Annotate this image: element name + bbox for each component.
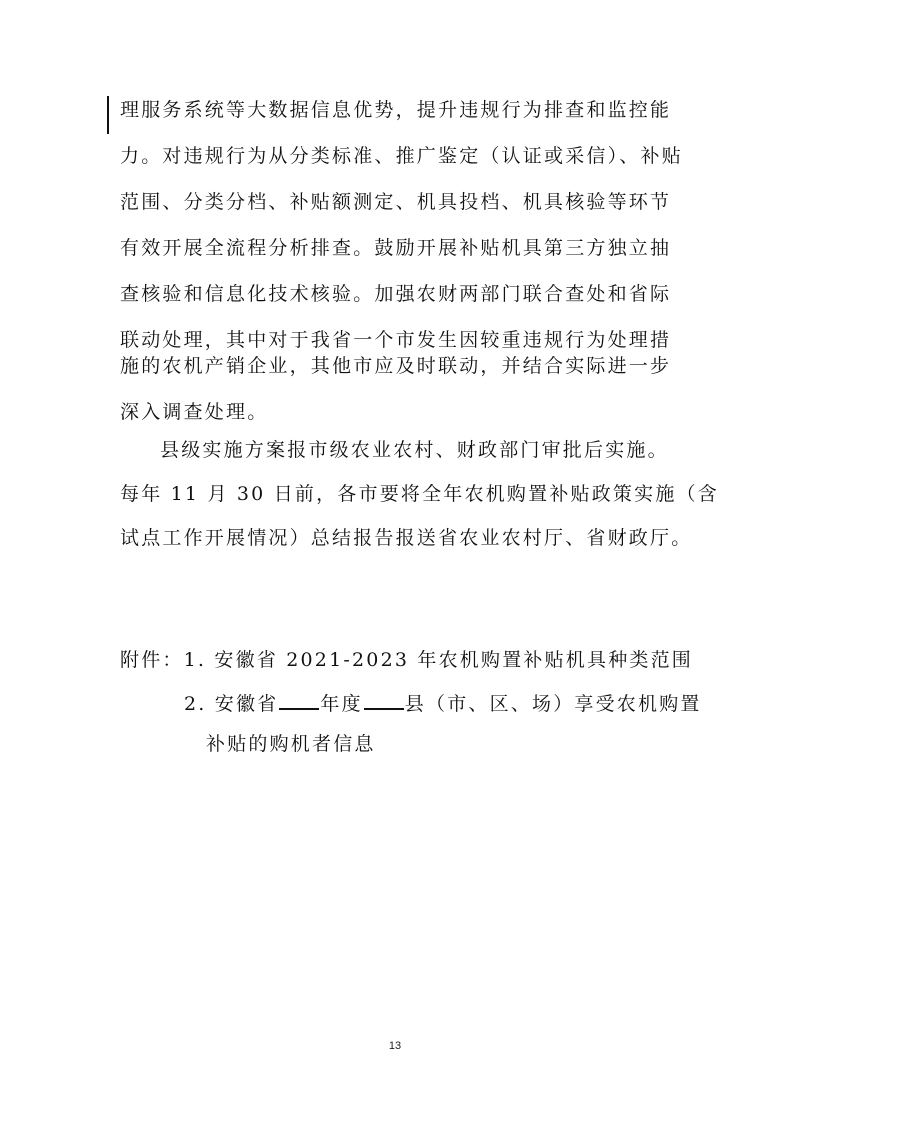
annex-item-1-row: 附件：1. 安徽省 2021-2023 年农机购置补贴机具种类范围: [120, 648, 693, 672]
paragraph-1-line-5: 查核验和信息化技术核验。加强农财两部门联合查处和省际: [120, 282, 671, 306]
annex-item-2-text-part-1: 安徽省: [215, 693, 279, 715]
year-blank-field: [279, 690, 319, 710]
paragraph-1-line-3: 范围、分类分档、补贴额测定、机具投档、机具核验等环节: [120, 190, 671, 214]
annex-item-2-number: 2.: [184, 693, 207, 715]
annex-item-1-number: 1.: [184, 649, 207, 671]
annex-item-2-row: 2. 安徽省年度县（市、区、场）享受农机购置: [184, 690, 702, 716]
annex-item-2-text-part-2: 年度: [320, 693, 362, 715]
paragraph-1-line-7: 施的农机产销企业，其他市应及时联动，并结合实际进一步: [120, 354, 671, 378]
paragraph-1-line-4: 有效开展全流程分析排查。鼓励开展补贴机具第三方独立抽: [120, 236, 671, 260]
paragraph-2-line-3: 试点工作开展情况）总结报告报送省农业农村厅、省财政厅。: [120, 526, 692, 550]
annex-label: 附件：: [120, 649, 184, 671]
paragraph-1-line-1: 理服务系统等大数据信息优势，提升违规行为排查和监控能: [120, 98, 671, 122]
paragraph-2-line-1: 县级实施方案报市级农业农村、财政部门审批后实施。: [160, 438, 669, 462]
annex-item-1-text: 安徽省 2021-2023 年农机购置补贴机具种类范围: [214, 649, 693, 671]
paragraph-1-line-2: 力。对违规行为从分类标准、推广鉴定（认证或采信）、补贴: [120, 144, 683, 168]
annex-item-2-continuation: 补贴的购机者信息: [206, 732, 376, 756]
paragraph-1-line-6: 联动处理，其中对于我省一个市发生因较重违规行为处理措: [120, 328, 671, 352]
revision-change-bar: [107, 96, 109, 134]
document-page: 理服务系统等大数据信息优势，提升违规行为排查和监控能 力。对违规行为从分类标准、…: [0, 0, 916, 1122]
paragraph-1-line-8: 深入调查处理。: [120, 400, 268, 424]
paragraph-2-line-2: 每年 11 月 30 日前，各市要将全年农机购置补贴政策实施（含: [120, 482, 719, 506]
annex-item-2-text-part-3: 县（市、区、场）享受农机购置: [405, 693, 702, 715]
county-blank-field: [364, 690, 404, 710]
page-number: 13: [0, 1040, 790, 1052]
